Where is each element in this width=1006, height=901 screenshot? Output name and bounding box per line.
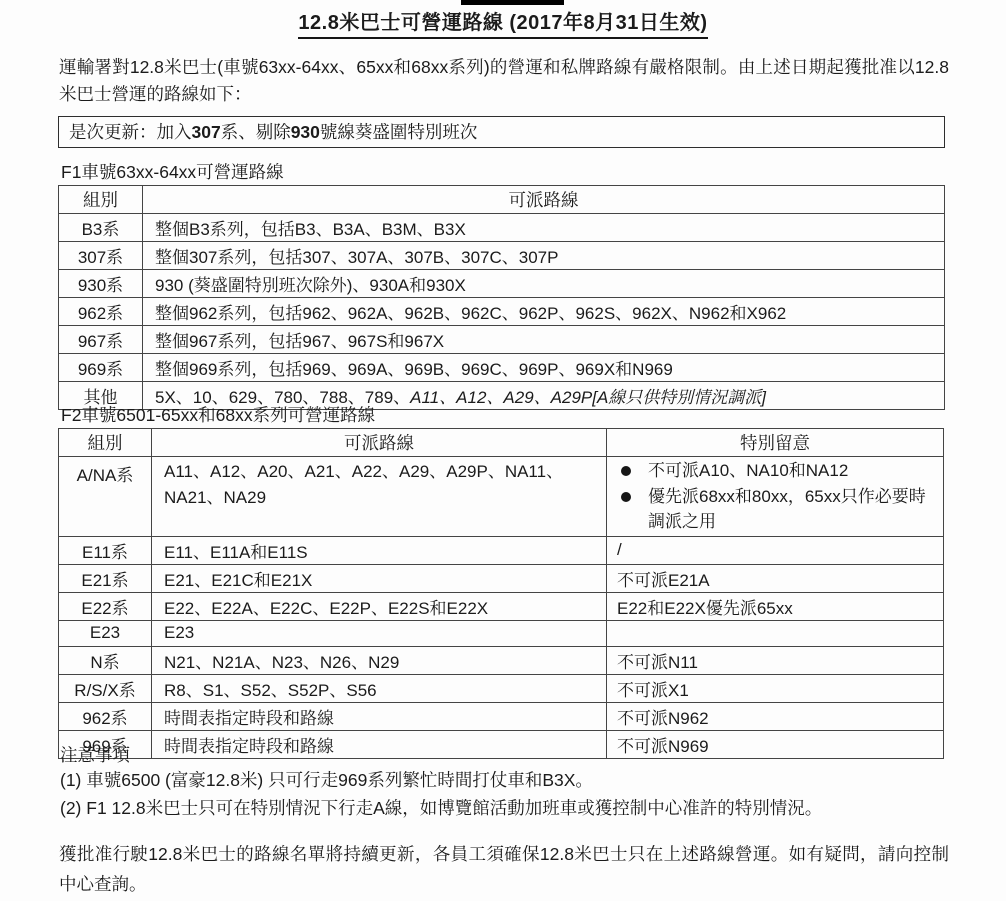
routes-cell: 時間表指定時段和路線 [152,702,607,730]
bullet-icon [621,492,631,502]
table-header-row: 組別 可派路線 特別留意 [59,429,944,457]
notes-section-heading: 注意事項 [60,742,130,767]
routes-cell: 930 (葵盛圍特別班次除外)、930A和930X [143,270,945,298]
group-cell: 930系 [59,270,143,298]
routes-cell: 整個307系列，包括307、307A、307B、307C、307P [143,242,945,270]
bullet-icon [621,466,631,476]
routes-text-italic: A11、A12、A29、A29P[A線只供特別情況調派] [410,388,766,407]
group-cell: E23 [59,620,152,646]
column-header-routes: 可派路線 [152,429,607,457]
table-row: 967系 整個967系列，包括967、967S和967X [59,326,945,354]
note-bullet-item: 優先派68xx和80xx，65xx只作必要時調派之用 [617,484,937,535]
table-row: 962系 整個962系列，包括962、962A、962B、962C、962P、9… [59,298,945,326]
note-cell [607,620,944,646]
note-cell: 不可派N969 [607,730,944,758]
note-item-2: (2) F1 12.8米巴士只可在特別情況下行走A線，如博覽館活動加班車或獲控制… [60,795,960,820]
f2-section-heading: F2車號6501-65xx和68xx系列可營運路線 [61,402,375,427]
note-cell: E22和E22X優先派65xx [607,592,944,620]
routes-cell: 整個962系列，包括962、962A、962B、962C、962P、962S、9… [143,298,945,326]
group-cell: B3系 [59,214,143,242]
note-cell: 不可派N962 [607,702,944,730]
table-row: R/S/X系 R8、S1、S52、S52P、S56 不可派X1 [59,674,944,702]
table-row: 962系 時間表指定時段和路線 不可派N962 [59,702,944,730]
routes-cell: A11、A12、A20、A21、A22、A29、A29P、NA11、NA21、N… [152,457,607,537]
column-header-notes: 特別留意 [607,429,944,457]
routes-text: 整個962系列，包括962、962A、962B、962C、962P、962S、9… [155,304,786,323]
f1-section-heading: F1車號63xx-64xx可營運路線 [61,159,284,184]
table-row: E23 E23 [59,620,944,646]
f2-routes-table: 組別 可派路線 特別留意 A/NA系 A11、A12、A20、A21、A22、A… [58,428,944,759]
table-row: E11系 E11、E11A和E11S / [59,536,944,564]
update-notice-box: 是次更新：加入307系、剔除930號線葵盛圍特別班次 [58,116,945,148]
table-row: E21系 E21、E21C和E21X 不可派E21A [59,564,944,592]
group-cell: 967系 [59,326,143,354]
routes-cell: R8、S1、S52、S52P、S56 [152,674,607,702]
table-row: 969系 時間表指定時段和路線 不可派N969 [59,730,944,758]
table-row: B3系 整個B3系列，包括B3、B3A、B3M、B3X [59,214,945,242]
update-text-prefix: 是次更新：加入 [69,122,192,142]
routes-text: 整個967系列，包括967、967S和967X [155,332,444,351]
column-header-group: 組別 [59,186,143,214]
note-cell: 不可派E21A [607,564,944,592]
note-bullet-text: 優先派68xx和80xx，65xx只作必要時調派之用 [648,484,937,535]
table-row: 930系 930 (葵盛圍特別班次除外)、930A和930X [59,270,945,298]
group-cell: E21系 [59,564,152,592]
group-cell: A/NA系 [59,457,152,537]
table-row: A/NA系 A11、A12、A20、A21、A22、A29、A29P、NA11、… [59,457,944,537]
table-row: 307系 整個307系列，包括307、307A、307B、307C、307P [59,242,945,270]
group-cell: E22系 [59,592,152,620]
scanned-document-page: 12.8米巴士可營運路線 (2017年8月31日生效) 運輸署對12.8米巴士(… [0,0,1006,901]
group-cell: R/S/X系 [59,674,152,702]
routes-cell: E11、E11A和E11S [152,536,607,564]
group-cell: N系 [59,646,152,674]
routes-cell: 整個B3系列，包括B3、B3A、B3M、B3X [143,214,945,242]
note-bullet-text: 不可派A10、NA10和NA12 [648,458,848,484]
page-title-text: 12.8米巴士可營運路線 (2017年8月31日生效) [298,12,707,39]
note-bullet-item: 不可派A10、NA10和NA12 [617,458,937,484]
intro-paragraph: 運輸署對12.8米巴士(車號63xx-64xx、65xx和68xx系列)的營運和… [59,54,949,108]
group-cell: 962系 [59,702,152,730]
group-cell: 307系 [59,242,143,270]
update-text-middle: 系、剔除 [221,122,291,142]
routes-cell: E22、E22A、E22C、E22P、E22S和E22X [152,592,607,620]
page-title: 12.8米巴士可營運路線 (2017年8月31日生效) [0,6,1006,35]
table-row: E22系 E22、E22A、E22C、E22P、E22S和E22X E22和E2… [59,592,944,620]
routes-text: 整個969系列，包括969、969A、969B、969C、969P、969X和N… [155,360,673,379]
note-cell: 不可派N11 [607,646,944,674]
routes-text: 整個307系列，包括307、307A、307B、307C、307P [155,248,558,267]
update-route-removed: 930 [291,122,320,142]
routes-cell: N21、N21A、N23、N26、N29 [152,646,607,674]
update-route-added: 307 [192,122,221,142]
note-cell: 不可派A10、NA10和NA12 優先派68xx和80xx，65xx只作必要時調… [607,457,944,537]
routes-cell: E21、E21C和E21X [152,564,607,592]
table-row: 969系 整個969系列，包括969、969A、969B、969C、969P、9… [59,354,945,382]
routes-cell: 整個967系列，包括967、967S和967X [143,326,945,354]
routes-cell: 時間表指定時段和路線 [152,730,607,758]
footer-paragraph: 獲批准行駛12.8米巴士的路線名單將持續更新，各員工須確保12.8米巴士只在上述… [59,839,949,899]
routes-cell: 整個969系列，包括969、969A、969B、969C、969P、969X和N… [143,354,945,382]
note-cell: / [607,536,944,564]
routes-text: 930 (葵盛圍特別班次除外)、930A和930X [155,276,466,295]
f1-routes-table: 組別 可派路線 B3系 整個B3系列，包括B3、B3A、B3M、B3X 307系… [58,185,945,410]
table-row: N系 N21、N21A、N23、N26、N29 不可派N11 [59,646,944,674]
column-header-group: 組別 [59,429,152,457]
scan-artifact-bar [461,0,564,5]
group-cell: E11系 [59,536,152,564]
table-header-row: 組別 可派路線 [59,186,945,214]
update-text-suffix: 號線葵盛圍特別班次 [320,122,478,142]
routes-text: 整個B3系列，包括B3、B3A、B3M、B3X [155,220,466,239]
note-item-1: (1) 車號6500 (富豪12.8米) 只可行走969系列繁忙時間打仗車和B3… [60,767,960,792]
column-header-routes: 可派路線 [143,186,945,214]
note-cell: 不可派X1 [607,674,944,702]
group-cell: 962系 [59,298,143,326]
group-cell: 969系 [59,354,143,382]
routes-cell: E23 [152,620,607,646]
